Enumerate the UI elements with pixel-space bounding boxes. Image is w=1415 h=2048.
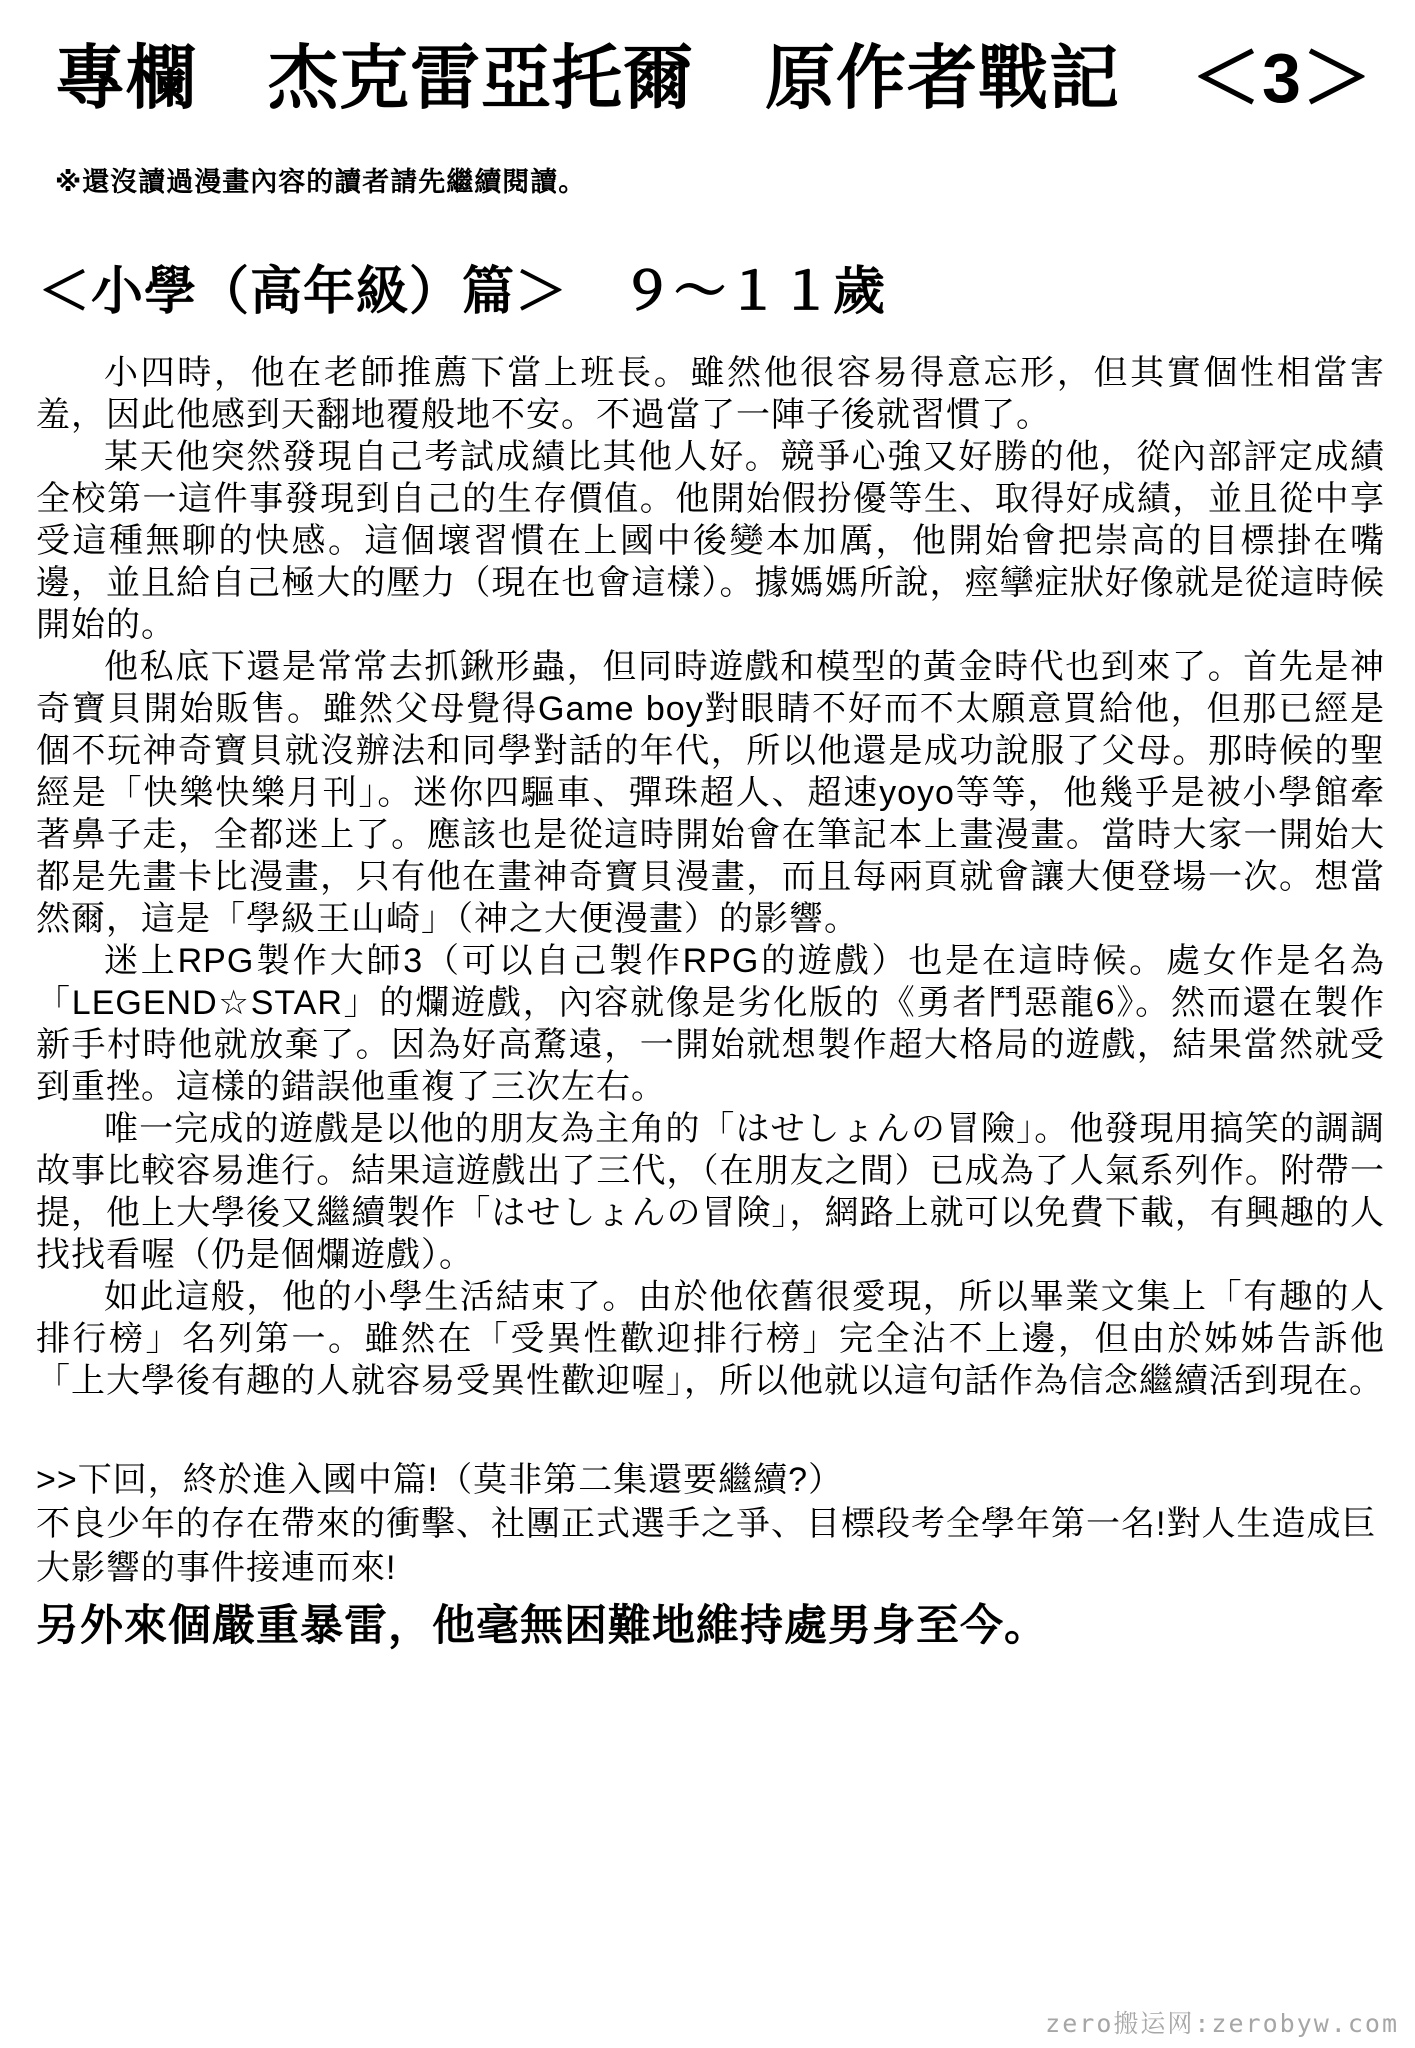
paragraph: 他私底下還是常常去抓鍬形蟲，但同時遊戲和模型的黃金時代也到來了。首先是神奇寶貝開… bbox=[36, 646, 1385, 940]
paragraph: 如此這般，他的小學生活結束了。由於他依舊很愛現，所以畢業文集上「有趣的人排行榜」… bbox=[36, 1276, 1385, 1402]
paragraph: 迷上RPG製作大師3（可以自己製作RPG的遊戲）也是在這時候。處女作是名為「LE… bbox=[36, 940, 1385, 1108]
manga-column-page: 專欄 杰克雷亞托爾 原作者戰記 ＜3＞ ※還沒讀過漫畫內容的讀者請先繼續閱讀。 … bbox=[0, 0, 1415, 2048]
spoiler-line: 另外來個嚴重暴雷，他毫無困難地維持處男身至今。 bbox=[36, 1600, 1385, 1652]
paragraph: 某天他突然發現自己考試成績比其他人好。競爭心強又好勝的他，從內部評定成績全校第一… bbox=[36, 436, 1385, 646]
section-heading: ＜小學（高年級）篇＞ ９～１１歲 bbox=[38, 249, 1415, 324]
paragraph: 小四時，他在老師推薦下當上班長。雖然他很容易得意忘形，但其實個性相當害羞，因此他… bbox=[36, 352, 1385, 436]
paragraph: 唯一完成的遊戲是以他的朋友為主角的「はせしょんの冒險」。他發現用搞笑的調調故事比… bbox=[36, 1108, 1385, 1276]
watermark: zero搬运网:zerobyw.com bbox=[1045, 2004, 1399, 2040]
next-issue-preview: >>下回，終於進入國中篇!（莫非第二集還要繼續?） 不良少年的存在帶來的衝擊、社… bbox=[36, 1458, 1385, 1590]
preview-line: >>下回，終於進入國中篇!（莫非第二集還要繼續?） bbox=[36, 1458, 1385, 1502]
reader-note: ※還沒讀過漫畫內容的讀者請先繼續閱讀。 bbox=[55, 160, 1415, 199]
preview-line: 不良少年的存在帶來的衝擊、社團正式選手之爭、目標段考全學年第一名!對人生造成巨大… bbox=[36, 1502, 1385, 1590]
article-body: 小四時，他在老師推薦下當上班長。雖然他很容易得意忘形，但其實個性相當害羞，因此他… bbox=[36, 352, 1385, 1402]
page-title: 專欄 杰克雷亞托爾 原作者戰記 ＜3＞ bbox=[55, 42, 1415, 116]
